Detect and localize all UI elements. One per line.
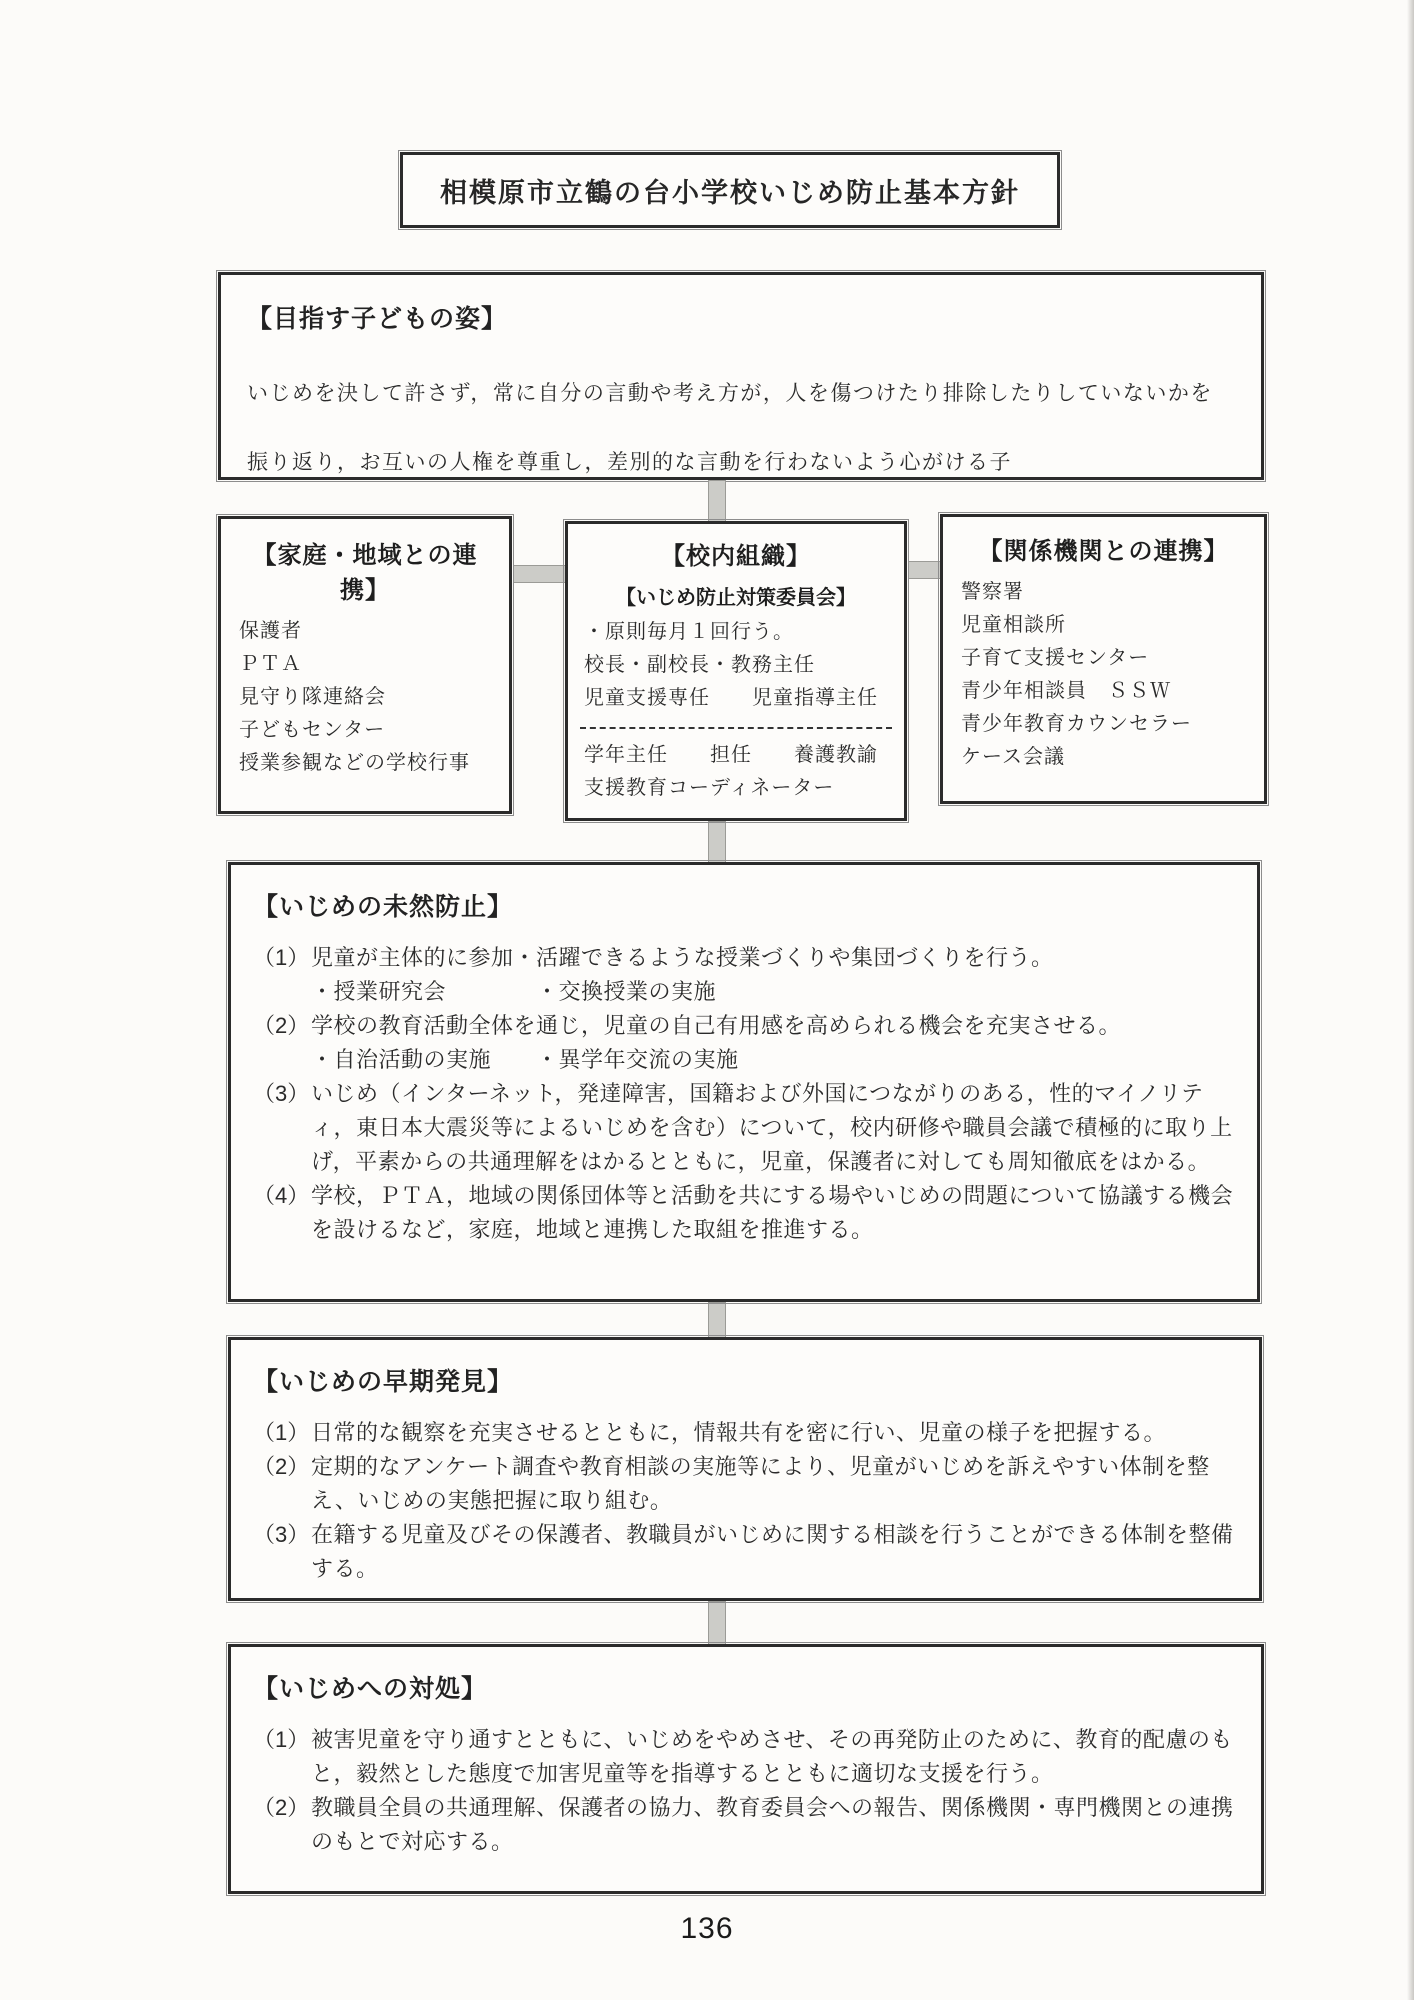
related-agencies-item: 警察署 [961,576,1246,609]
policy-item-text: 学校の教育活動全体を通じ，児童の自己有用感を高められる機会を充実させる。 [311,1009,1235,1043]
family-community-list: 保護者 ＰＴＡ 見守り隊連絡会 子どもセンター 授業参観などの学校行事 [239,615,491,780]
policy-item-number [253,1043,311,1077]
school-line: 学年主任 担任 養護教諭 [584,739,888,772]
early-detection-header: 【いじめの早期発見】 [253,1362,1237,1398]
related-agencies-item: 青少年相談員 ＳＳＷ [961,675,1246,708]
related-agencies-item: ケース会議 [961,741,1246,774]
school-line: ・原則毎月１回行う。 [584,616,888,649]
school-lower-lines: 学年主任 担任 養護教諭 支援教育コーディネーター [584,739,888,805]
goal-line: いじめを決して許さず，常に自分の言動や考え方が，人を傷つけたり排除したりしていな… [247,377,1235,407]
policy-item: （3） 在籍する児童及びその保護者、教職員がいじめに関する相談を行うことができる… [253,1518,1237,1586]
connector-school-to-agency [908,561,941,579]
goal-box: 【目指す子どもの姿】 いじめを決して許さず，常に自分の言動や考え方が，人を傷つけ… [218,272,1264,480]
title-box: 相模原市立鶴の台小学校いじめ防止基本方針 [400,152,1060,228]
related-agencies-box: 【関係機関との連携】 警察署 児童相談所 子育て支援センター 青少年相談員 ＳＳ… [940,514,1267,804]
policy-item-text: ・自治活動の実施 ・異学年交流の実施 [311,1043,1235,1077]
early-detection-list: （1） 日常的な観察を充実させるとともに，情報共有を密に行い、児童の様子を把握す… [253,1416,1237,1586]
policy-item: （2） 学校の教育活動全体を通じ，児童の自己有用感を高められる機会を充実させる。 [253,1009,1235,1043]
policy-item-text: 日常的な観察を充実させるとともに，情報共有を密に行い、児童の様子を把握する。 [311,1416,1237,1450]
goal-lines: いじめを決して許さず，常に自分の言動や考え方が，人を傷つけたり排除したりしていな… [247,377,1235,476]
policy-item: ・授業研究会 ・交換授業の実施 [253,975,1235,1009]
response-box: 【いじめへの対処】 （1） 被害児童を守り通すとともに、いじめをやめさせ、その再… [228,1644,1264,1894]
policy-item: （2） 定期的なアンケート調査や教育相談の実施等により、児童がいじめを訴えやすい… [253,1450,1237,1518]
policy-item: （2） 教職員全員の共通理解、保護者の協力、教育委員会への報告、関係機関・専門機… [253,1791,1239,1859]
school-line: 児童支援専任 児童指導主任 [584,682,888,715]
policy-item-text: 在籍する児童及びその保護者、教職員がいじめに関する相談を行うことができる体制を整… [311,1518,1237,1586]
policy-item-text: 児童が主体的に参加・活躍できるような授業づくりや集団づくりを行う。 [311,941,1235,975]
goal-header: 【目指す子どもの姿】 [247,299,1235,335]
goal-line: 振り返り，お互いの人権を尊重し，差別的な言動を行わないよう心がける子 [247,446,1235,476]
school-line: 支援教育コーディネーター [584,772,888,805]
prevention-header: 【いじめの未然防止】 [253,887,1235,923]
policy-item-number: （3） [253,1518,311,1586]
policy-item: （4） 学校，ＰＴＡ，地域の関係団体等と活動を共にする場やいじめの問題について協… [253,1179,1235,1247]
connector-school-to-prevention [708,821,726,863]
family-community-item: 見守り隊連絡会 [239,681,491,714]
policy-item: （1） 日常的な観察を充実させるとともに，情報共有を密に行い、児童の様子を把握す… [253,1416,1237,1450]
policy-item-text: ・授業研究会 ・交換授業の実施 [311,975,1235,1009]
connector-detection-to-response [708,1601,726,1645]
prevention-box: 【いじめの未然防止】 （1） 児童が主体的に参加・活躍できるような授業づくりや集… [228,862,1260,1302]
policy-item-number: （4） [253,1179,311,1247]
prevention-list: （1） 児童が主体的に参加・活躍できるような授業づくりや集団づくりを行う。 ・授… [253,941,1235,1247]
policy-item-text: いじめ（インターネット，発達障害，国籍および外国につながりのある，性的マイノリテ… [311,1077,1235,1179]
page-number: 136 [0,1912,1414,1946]
policy-item: （1） 被害児童を守り通すとともに、いじめをやめさせ、その再発防止のために、教育… [253,1723,1239,1791]
related-agencies-item: 青少年教育カウンセラー [961,708,1246,741]
family-community-item: 保護者 [239,615,491,648]
related-agencies-item: 子育て支援センター [961,642,1246,675]
response-list: （1） 被害児童を守り通すとともに、いじめをやめさせ、その再発防止のために、教育… [253,1723,1239,1859]
bullying-committee-subheader: 【いじめ防止対策委員会】 [584,581,888,610]
school-upper-lines: ・原則毎月１回行う。 校長・副校長・教務主任 児童支援専任 児童指導主任 [584,616,888,715]
policy-item-number: （2） [253,1009,311,1043]
connector-family-to-school [513,565,566,583]
connector-goal-to-school [708,480,726,522]
family-community-header: 【家庭・地域との連携】 [239,535,491,605]
policy-item-number: （1） [253,941,311,975]
policy-item: （1） 児童が主体的に参加・活躍できるような授業づくりや集団づくりを行う。 [253,941,1235,975]
related-agencies-item: 児童相談所 [961,609,1246,642]
policy-item-number: （3） [253,1077,311,1179]
policy-item-text: 学校，ＰＴＡ，地域の関係団体等と活動を共にする場やいじめの問題について協議する機… [311,1179,1235,1247]
related-agencies-list: 警察署 児童相談所 子育て支援センター 青少年相談員 ＳＳＷ 青少年教育カウンセ… [961,576,1246,774]
policy-item-text: 教職員全員の共通理解、保護者の協力、教育委員会への報告、関係機関・専門機関との連… [311,1791,1239,1859]
policy-item-number: （1） [253,1416,311,1450]
response-header: 【いじめへの対処】 [253,1669,1239,1705]
policy-item-text: 被害児童を守り通すとともに、いじめをやめさせ、その再発防止のために、教育的配慮の… [311,1723,1239,1791]
scan-edge-shadow [1407,0,1414,2000]
policy-item-number: （2） [253,1791,311,1859]
family-community-item: ＰＴＡ [239,648,491,681]
school-organization-box: 【校内組織】 【いじめ防止対策委員会】 ・原則毎月１回行う。 校長・副校長・教務… [565,521,907,821]
school-dashed-divider [580,727,892,729]
policy-item: （3） いじめ（インターネット，発達障害，国籍および外国につながりのある，性的マ… [253,1077,1235,1179]
policy-item-number [253,975,311,1009]
policy-item-text: 定期的なアンケート調査や教育相談の実施等により、児童がいじめを訴えやすい体制を整… [311,1450,1237,1518]
family-community-item: 子どもセンター [239,714,491,747]
document-page: 相模原市立鶴の台小学校いじめ防止基本方針 【目指す子どもの姿】 いじめを決して許… [0,0,1414,2000]
school-line: 校長・副校長・教務主任 [584,649,888,682]
family-community-box: 【家庭・地域との連携】 保護者 ＰＴＡ 見守り隊連絡会 子どもセンター 授業参観… [218,516,512,814]
policy-item-number: （2） [253,1450,311,1518]
document-title: 相模原市立鶴の台小学校いじめ防止基本方針 [440,171,1020,210]
policy-item: ・自治活動の実施 ・異学年交流の実施 [253,1043,1235,1077]
connector-prevention-to-detection [708,1302,726,1338]
early-detection-box: 【いじめの早期発見】 （1） 日常的な観察を充実させるとともに，情報共有を密に行… [228,1337,1262,1601]
policy-item-number: （1） [253,1723,311,1791]
family-community-item: 授業参観などの学校行事 [239,747,491,780]
related-agencies-header: 【関係機関との連携】 [961,531,1246,566]
school-organization-header: 【校内組織】 [584,536,888,571]
